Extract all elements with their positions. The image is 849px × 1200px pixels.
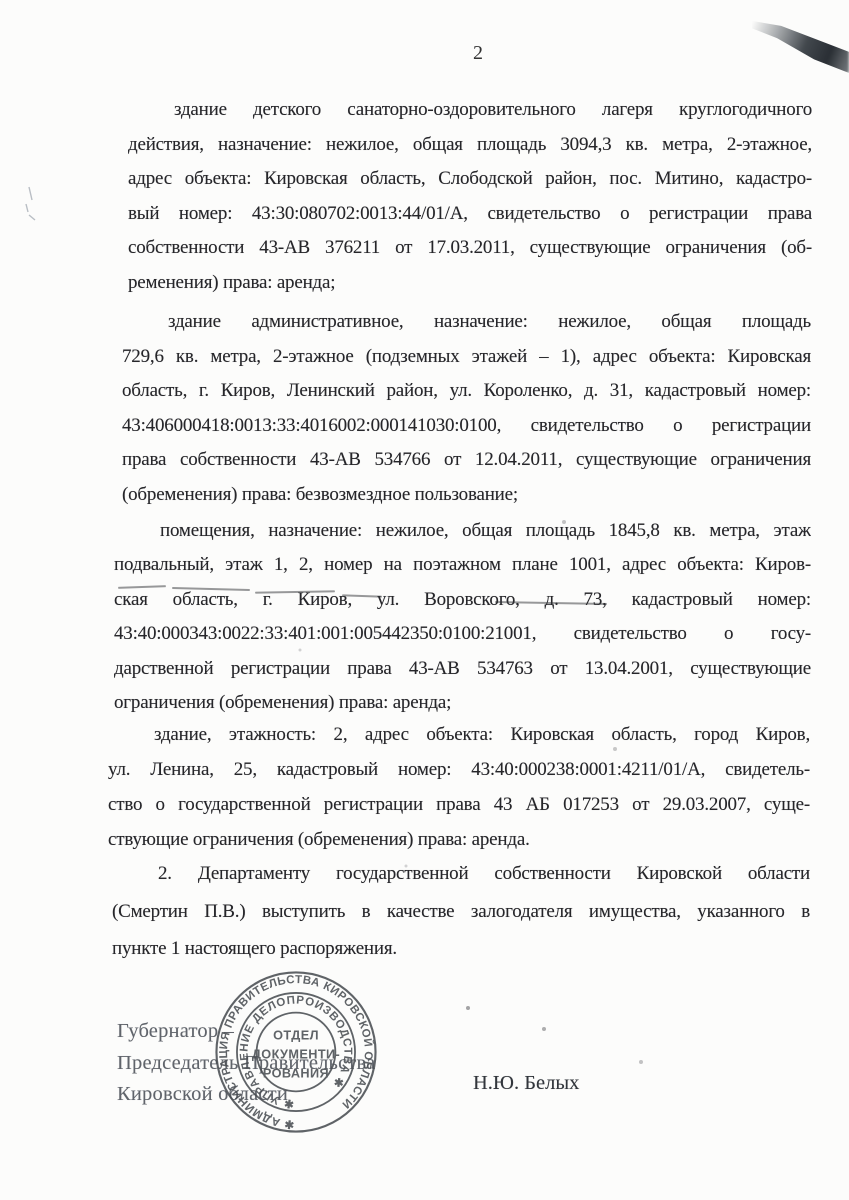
text-line: пункте 1 настоящего распоряжения. <box>112 930 810 968</box>
text-line: права собственности 43-АВ 534766 от 12.0… <box>122 443 811 478</box>
text-line: 2. Департаменту государственной собствен… <box>112 855 810 893</box>
body-paragraph: здание административное, назначение: неж… <box>122 305 811 512</box>
text-line: дарственной регистрации права 43-АВ 5347… <box>114 652 811 686</box>
text-line: ограничения (обременения) права: аренда; <box>114 686 811 720</box>
document-page: 2 здание детского санаторно-оздоровитель… <box>0 0 849 1200</box>
official-stamp: ✱ АДМИНИСТРАЦИЯ ПРАВИТЕЛЬСТВА КИРОВСКОЙ … <box>214 970 378 1134</box>
scan-smudge <box>752 11 849 73</box>
scan-speckles <box>0 0 2 2</box>
stamp-center-text-line: ОТДЕЛ <box>273 1028 319 1043</box>
text-line: область, г. Киров, Ленинский район, ул. … <box>122 374 811 409</box>
stamp-center-text-line: ДОКУМЕНТИ- <box>252 1047 340 1062</box>
text-line: подвальный, этаж 1, 2, номер на поэтажно… <box>114 548 811 582</box>
scan-mark <box>22 183 42 229</box>
text-line: адрес объекта: Кировская область, Слобод… <box>128 162 812 197</box>
text-line: (обременения) права: безвозмездное польз… <box>122 478 811 513</box>
text-line: ство о государственной регистрации права… <box>108 787 810 822</box>
text-line: 729,6 кв. метра, 2-этажное (подземных эт… <box>122 340 811 375</box>
text-line: собственности 43-АВ 376211 от 17.03.2011… <box>128 231 812 266</box>
signatory-name: Н.Ю. Белых <box>473 1072 579 1095</box>
text-line: вый номер: 43:30:080702:0013:44/01/А, св… <box>128 197 812 232</box>
body-paragraph: 2. Департаменту государственной собствен… <box>112 855 810 968</box>
text-line: здание детского санаторно-оздоровительно… <box>128 93 812 128</box>
text-line: действия, назначение: нежилое, общая пло… <box>128 128 812 163</box>
page-number: 2 <box>468 42 488 65</box>
body-paragraph: здание, этажность: 2, адрес объекта: Кир… <box>108 717 810 857</box>
text-line: ременения) права: аренда; <box>128 266 812 301</box>
text-line: здание, этажность: 2, адрес объекта: Кир… <box>108 717 810 752</box>
text-line: здание административное, назначение: неж… <box>122 305 811 340</box>
stamp-center-text-line: РОВАНИЯ <box>263 1065 329 1080</box>
text-line: ствующие ограничения (обременения) права… <box>108 822 810 857</box>
text-line: 43:40:000343:0022:33:401:001:005442350:0… <box>114 617 811 651</box>
text-line: 43:406000418:0013:33:4016002:000141030:0… <box>122 409 811 444</box>
body-paragraph: здание детского санаторно-оздоровительно… <box>128 93 812 300</box>
body-paragraph: помещения, назначение: нежилое, общая пл… <box>114 514 811 720</box>
text-line: ул. Ленина, 25, кадастровый номер: 43:40… <box>108 752 810 787</box>
text-line: (Смертин П.В.) выступить в качестве зало… <box>112 893 810 931</box>
text-line: помещения, назначение: нежилое, общая пл… <box>114 514 811 548</box>
